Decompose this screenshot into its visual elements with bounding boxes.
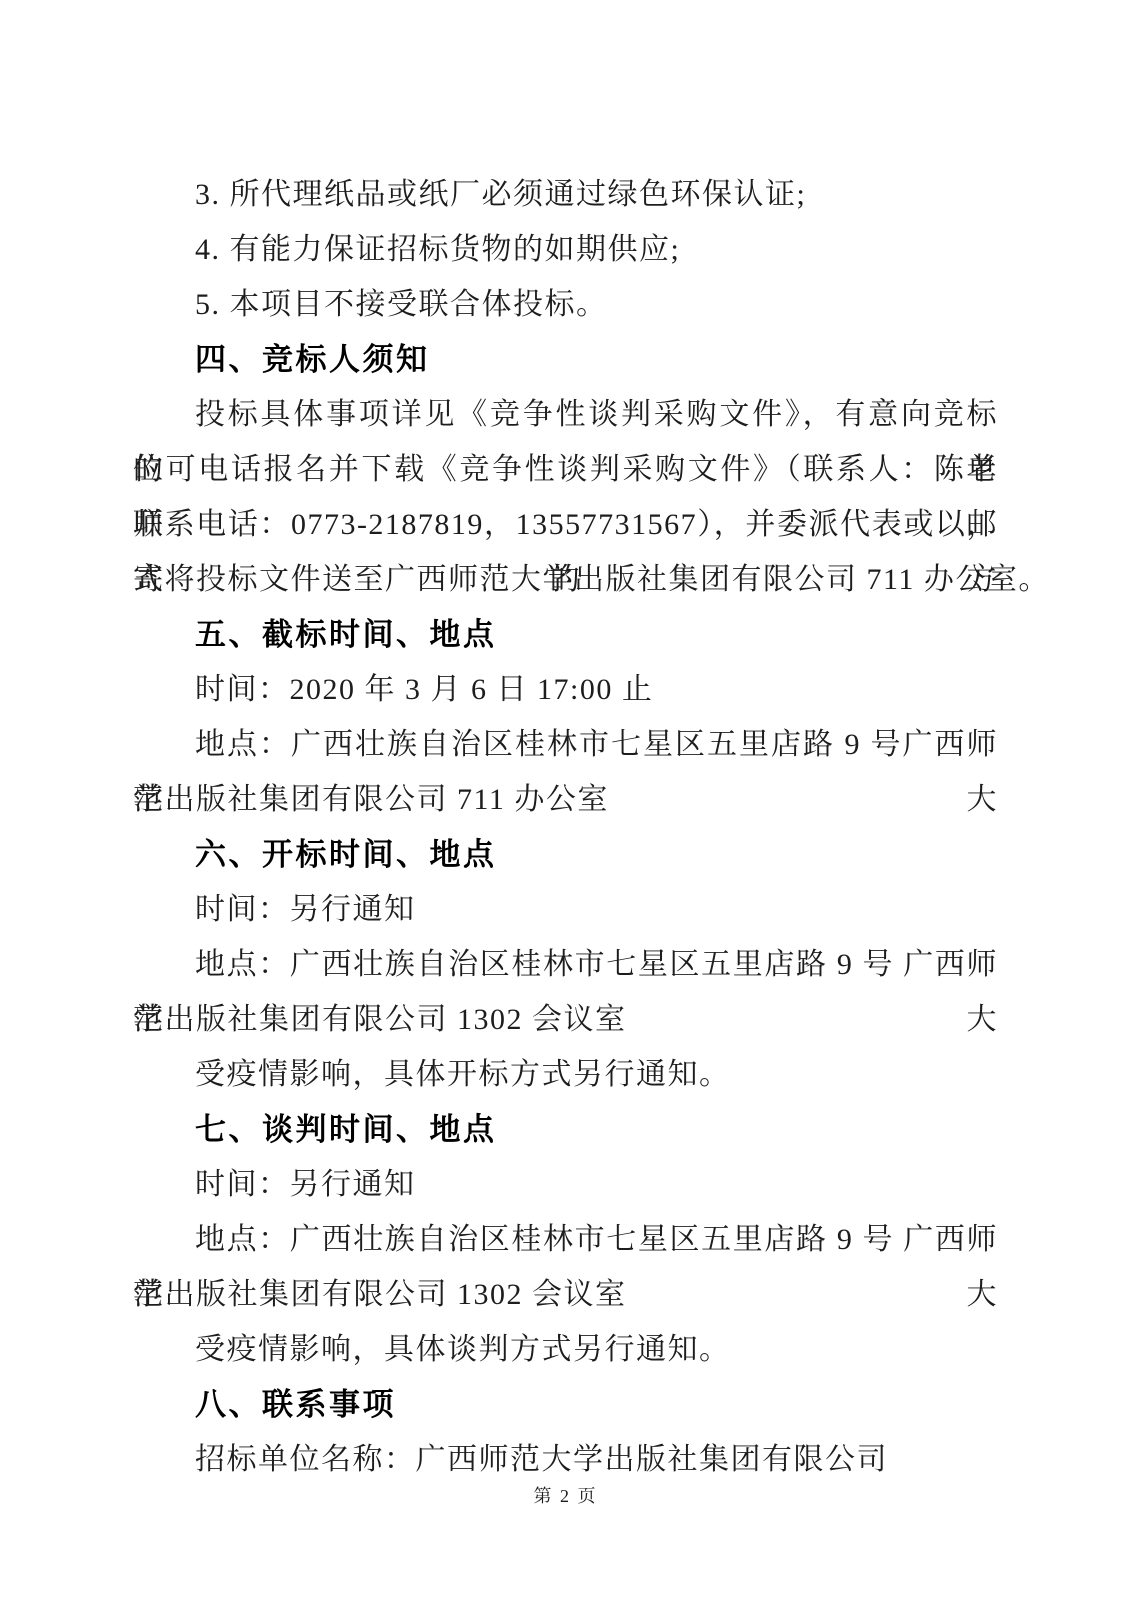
paragraph-line: 式将投标文件送至广西师范大学出版社集团有限公司 711 办公室。: [133, 552, 998, 607]
section-heading-bidder-notes: 四、竞标人须知: [133, 332, 998, 387]
opening-notice-line: 受疫情影响，具体开标方式另行通知。: [133, 1047, 998, 1102]
negotiation-notice-line: 受疫情影响，具体谈判方式另行通知。: [133, 1322, 998, 1377]
opening-place-line: 地点：广西壮族自治区桂林市七星区五里店路 9 号 广西师范大: [133, 937, 998, 992]
opening-time-line: 时间：另行通知: [133, 882, 998, 937]
paragraph-line: 联系电话：0773-2187819，13557731567），并委派代表或以邮寄…: [133, 497, 998, 552]
paragraph-line: 投标具体事项详见《竞争性谈判采购文件》，有意向竞标的单: [133, 387, 998, 442]
page-footer: 第 2 页: [0, 1482, 1131, 1508]
deadline-place-line: 地点：广西壮族自治区桂林市七星区五里店路 9 号广西师范大: [133, 717, 998, 772]
negotiation-time-line: 时间：另行通知: [133, 1157, 998, 1212]
qualification-item: 4. 有能力保证招标货物的如期供应;: [133, 222, 998, 277]
qualification-item: 3. 所代理纸品或纸厂必须通过绿色环保认证;: [133, 167, 998, 222]
tender-unit-name-line: 招标单位名称：广西师范大学出版社集团有限公司: [133, 1432, 998, 1487]
document-content: 3. 所代理纸品或纸厂必须通过绿色环保认证; 4. 有能力保证招标货物的如期供应…: [133, 167, 998, 1487]
section-heading-bid-opening: 六、开标时间、地点: [133, 827, 998, 882]
qualification-item: 5. 本项目不接受联合体投标。: [133, 277, 998, 332]
section-heading-negotiation: 七、谈判时间、地点: [133, 1102, 998, 1157]
section-heading-contact: 八、联系事项: [133, 1377, 998, 1432]
page-number: 第 2 页: [534, 1486, 598, 1506]
deadline-time-line: 时间：2020 年 3 月 6 日 17:00 止: [133, 662, 998, 717]
negotiation-place-line: 地点：广西壮族自治区桂林市七星区五里店路 9 号 广西师范大: [133, 1212, 998, 1267]
section-heading-bid-deadline: 五、截标时间、地点: [133, 607, 998, 662]
paragraph-line: 位可电话报名并下载《竞争性谈判采购文件》（联系人：陈老师，: [133, 442, 998, 497]
document-page: 3. 所代理纸品或纸厂必须通过绿色环保认证; 4. 有能力保证招标货物的如期供应…: [0, 0, 1131, 1600]
